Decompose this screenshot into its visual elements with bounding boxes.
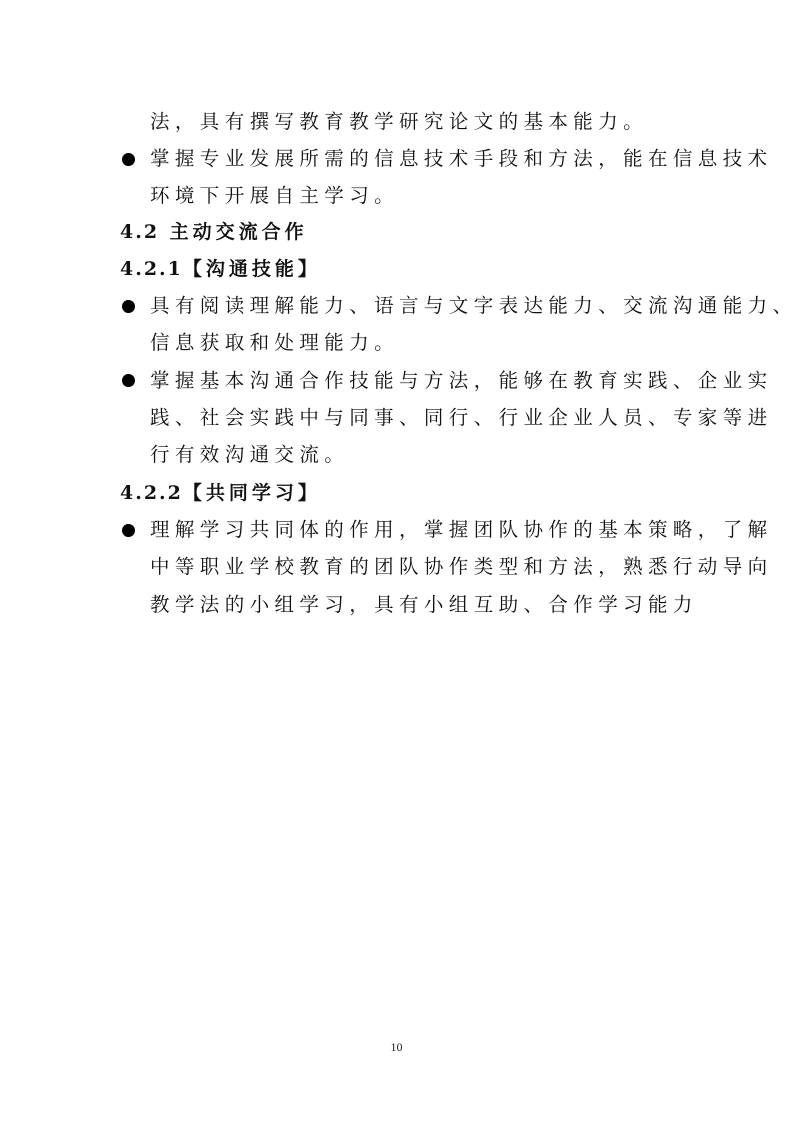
bullet-line: 掌握专业发展所需的信息技术手段和方法，能在信息技术: [150, 146, 773, 172]
bullet-line: 教学法的小组学习，具有小组互助、合作学习能力: [150, 592, 698, 618]
bullet-line: 掌握基本沟通合作技能与方法，能够在教育实践、企业实: [150, 368, 773, 394]
page-number: 10: [0, 1040, 793, 1055]
heading-title: 【沟通技能】: [183, 258, 321, 280]
heading-title: 【共同学习】: [183, 482, 321, 504]
bullet-line: 中等职业学校教育的团队协作类型和方法，熟悉行动导向: [150, 554, 773, 580]
heading-number: 4.2.2: [120, 482, 183, 504]
heading-number: 4.2.1: [120, 258, 183, 280]
bullet-icon: [122, 300, 135, 313]
bullet-icon: [122, 374, 135, 387]
bullet-icon: [122, 524, 135, 537]
paragraph-line: 法，具有撰写教育教学研究论文的基本能力。: [150, 109, 648, 135]
bullet-line: 环境下开展自主学习。: [150, 183, 399, 209]
heading-number: 4.2: [120, 221, 159, 243]
bullet-line: 具有阅读理解能力、语言与文字表达能力、交流沟通能力、: [150, 293, 793, 319]
bullet-icon: [122, 153, 135, 166]
subsection-heading: 4.2.1【沟通技能】: [120, 256, 321, 282]
bullet-line: 行有效沟通交流。: [150, 442, 349, 468]
heading-title: 主动交流合作: [159, 221, 308, 243]
document-page: 法，具有撰写教育教学研究论文的基本能力。 掌握专业发展所需的信息技术手段和方法，…: [0, 0, 793, 1122]
bullet-line: 信息获取和处理能力。: [150, 330, 399, 356]
subsection-heading: 4.2.2【共同学习】: [120, 480, 321, 506]
bullet-line: 践、社会实践中与同事、同行、行业企业人员、专家等进: [150, 405, 773, 431]
bullet-line: 理解学习共同体的作用，掌握团队协作的基本策略，了解: [150, 517, 773, 543]
section-heading: 4.2 主动交流合作: [120, 219, 308, 245]
